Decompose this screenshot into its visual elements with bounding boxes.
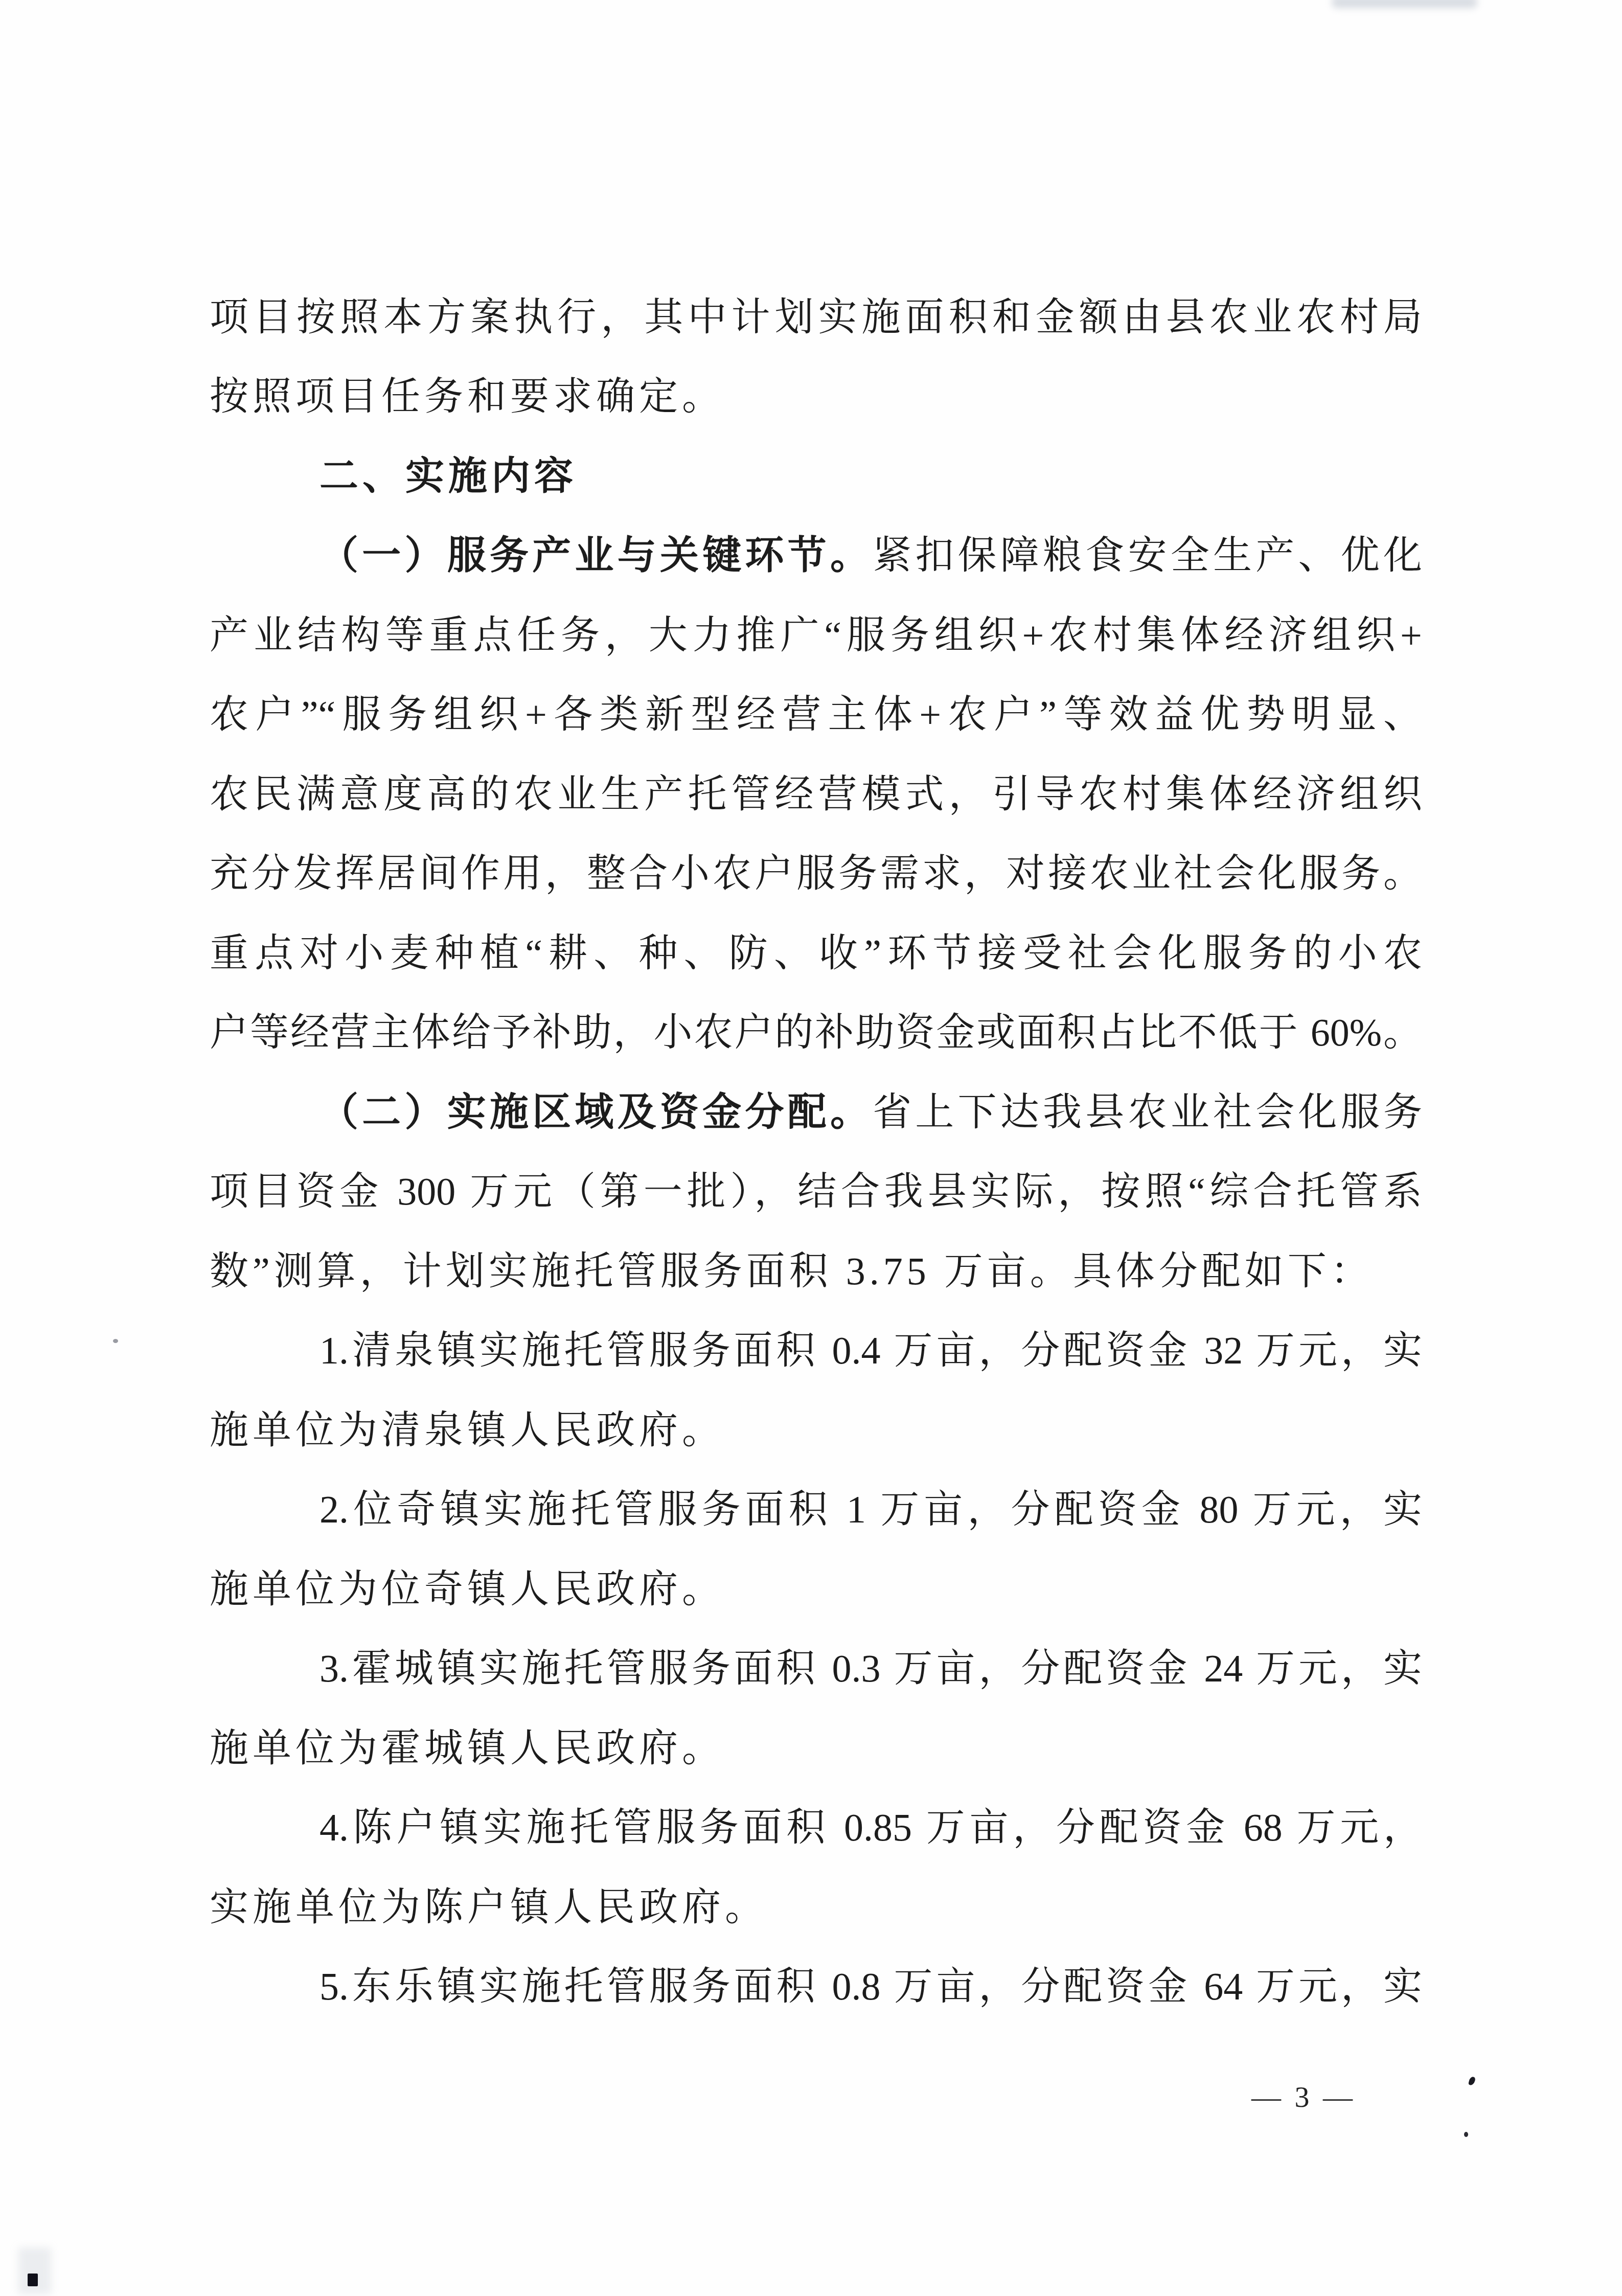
text-run: 产业结构等重点任务，大力推广“服务组织+农村集体经济组织+	[210, 614, 1422, 657]
scan-mark-square	[28, 2274, 38, 2286]
scan-speck-right-upper	[1468, 2076, 1476, 2086]
text-run: 农民满意度高的农业生产托管经营模式，引导农村集体经济组织	[210, 773, 1422, 816]
text-run: （一）服务产业与关键环节。	[319, 534, 873, 577]
text-line: 数”测算，计划实施托管服务面积 3.75 万亩。具体分配如下：	[210, 1232, 1422, 1311]
text-line: 2.位奇镇实施托管服务面积 1 万亩，分配资金 80 万元，实	[210, 1470, 1422, 1550]
text-line: 按照项目任务和要求确定。	[210, 357, 1422, 437]
text-line: 4.陈户镇实施托管服务面积 0.85 万亩，分配资金 68 万元，	[210, 1788, 1422, 1868]
text-run: （二）实施区域及资金分配。	[319, 1090, 873, 1134]
text-line: 产业结构等重点任务，大力推广“服务组织+农村集体经济组织+	[210, 596, 1422, 675]
text-run: 实施单位为陈户镇人民政府。	[210, 1886, 768, 1929]
text-line: 充分发挥居间作用，整合小农户服务需求，对接农业社会化服务。	[210, 834, 1422, 914]
text-run: 省上下达我县农业社会化服务	[873, 1091, 1422, 1134]
text-run: 1.清泉镇实施托管服务面积 0.4 万亩，分配资金 32 万元，实	[319, 1329, 1422, 1372]
text-line: 重点对小麦种植“耕、种、防、收”环节接受社会化服务的小农	[210, 914, 1422, 993]
text-run: 数”测算，计划实施托管服务面积 3.75 万亩。具体分配如下：	[210, 1250, 1374, 1293]
text-line: 施单位为清泉镇人民政府。	[210, 1391, 1422, 1470]
text-run: 户等经营主体给予补助，小农户的补助资金或面积占比不低于 60%。	[210, 1011, 1422, 1054]
text-run: 二、实施内容	[319, 454, 577, 498]
section-heading: 二、实施内容	[210, 437, 1422, 516]
text-run: 农户”“服务组织+各类新型经营主体+农户”等效益优势明显、	[210, 693, 1422, 736]
text-run: 按照项目任务和要求确定。	[210, 375, 725, 418]
text-run: 4.陈户镇实施托管服务面积 0.85 万亩，分配资金 68 万元，	[319, 1806, 1422, 1849]
text-run: 重点对小麦种植“耕、种、防、收”环节接受社会化服务的小农	[210, 932, 1422, 975]
text-line: 农民满意度高的农业生产托管经营模式，引导农村集体经济组织	[210, 755, 1422, 834]
text-line: 项目资金 300 万元（第一批），结合我县实际，按照“综合托管系	[210, 1152, 1422, 1232]
text-run: 项目资金 300 万元（第一批），结合我县实际，按照“综合托管系	[210, 1170, 1422, 1213]
scan-smudge-top	[1332, 0, 1477, 8]
text-line: 农户”“服务组织+各类新型经营主体+农户”等效益优势明显、	[210, 675, 1422, 755]
scan-smudge-bottom-left	[18, 2247, 51, 2294]
text-line: 项目按照本方案执行，其中计划实施面积和金额由县农业农村局	[210, 278, 1422, 357]
text-run: 3.霍城镇实施托管服务面积 0.3 万亩，分配资金 24 万元，实	[319, 1647, 1422, 1690]
document-page: 项目按照本方案执行，其中计划实施面积和金额由县农业农村局 按照项目任务和要求确定…	[0, 0, 1622, 2296]
text-line: 3.霍城镇实施托管服务面积 0.3 万亩，分配资金 24 万元，实	[210, 1629, 1422, 1709]
text-run: 紧扣保障粮食安全生产、优化	[873, 534, 1422, 577]
text-line: 户等经营主体给予补助，小农户的补助资金或面积占比不低于 60%。	[210, 993, 1422, 1073]
scan-speck-right-lower	[1464, 2132, 1468, 2137]
text-line: （一）服务产业与关键环节。紧扣保障粮食安全生产、优化	[210, 516, 1422, 596]
text-line: 施单位为位奇镇人民政府。	[210, 1550, 1422, 1629]
text-run: 施单位为清泉镇人民政府。	[210, 1409, 725, 1452]
text-line: （二）实施区域及资金分配。省上下达我县农业社会化服务	[210, 1073, 1422, 1152]
text-run: 施单位为霍城镇人民政府。	[210, 1727, 725, 1770]
scan-speck-left-middle	[113, 1339, 118, 1343]
text-line: 施单位为霍城镇人民政府。	[210, 1709, 1422, 1788]
text-line: 1.清泉镇实施托管服务面积 0.4 万亩，分配资金 32 万元，实	[210, 1311, 1422, 1391]
text-run: 充分发挥居间作用，整合小农户服务需求，对接农业社会化服务。	[210, 852, 1422, 895]
text-line: 5.东乐镇实施托管服务面积 0.8 万亩，分配资金 64 万元，实	[210, 1947, 1422, 2027]
text-run: 施单位为位奇镇人民政府。	[210, 1568, 725, 1611]
page-number: — 3 —	[1240, 2071, 1367, 2124]
text-line: 实施单位为陈户镇人民政府。	[210, 1868, 1422, 1947]
text-run: 5.东乐镇实施托管服务面积 0.8 万亩，分配资金 64 万元，实	[319, 1965, 1422, 2008]
text-run: 2.位奇镇实施托管服务面积 1 万亩，分配资金 80 万元，实	[319, 1488, 1422, 1531]
text-run: 项目按照本方案执行，其中计划实施面积和金额由县农业农村局	[210, 296, 1422, 339]
